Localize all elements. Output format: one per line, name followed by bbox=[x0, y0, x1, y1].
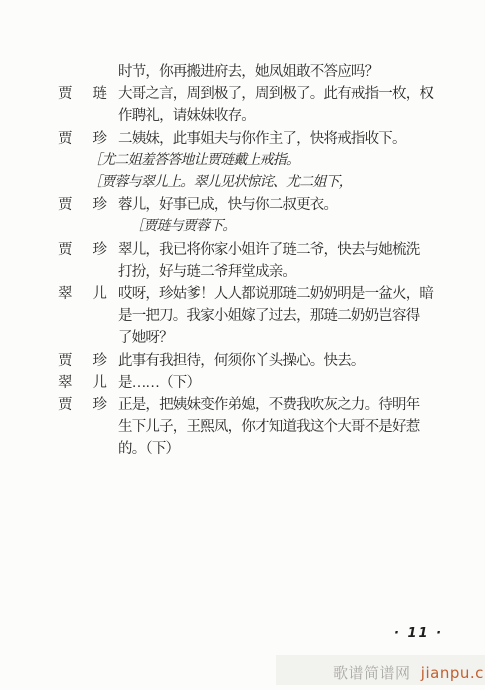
line-text: 哎呀，珍姑爹！人人都说那琏二奶奶明是一盆火，暗 bbox=[118, 284, 433, 304]
line-text: 是一把刀。我家小姐嫁了过去，那琏二奶奶岂容得 bbox=[118, 306, 419, 326]
script-line: 是一把刀。我家小姐嫁了过去，那琏二奶奶岂容得 bbox=[58, 306, 438, 328]
speaker-name: 贾琏 bbox=[58, 84, 107, 104]
script-line: 贾珍此事有我担待，何须你丫头操心。快去。 bbox=[58, 351, 438, 373]
script-line: ［贾琏与贾蓉下。 bbox=[58, 217, 438, 239]
speaker-name: 贾珍 bbox=[58, 129, 107, 149]
watermark: 歌谱简谱网 jianpu.cn bbox=[333, 662, 485, 683]
line-text: 大哥之言，周到极了，周到极了。此有戒指一枚，权 bbox=[118, 84, 433, 104]
page-number: · 11 · bbox=[394, 626, 443, 641]
line-text: 作聘礼，请妹妹收存。 bbox=[118, 106, 255, 126]
script-line: 生下儿子，王熙凤，你才知道我这个大哥不是好惹 bbox=[58, 417, 438, 439]
speaker-name-char: 珍 bbox=[93, 195, 108, 215]
line-text: 是……（下） bbox=[118, 373, 200, 393]
speaker-name-char: 贾 bbox=[58, 395, 73, 415]
speaker-name: 贾珍 bbox=[58, 195, 107, 215]
script-line: 打扮，好与琏二爷拜堂成亲。 bbox=[58, 262, 438, 284]
script-line: 时节，你再搬进府去，她凤姐敢不答应吗？ bbox=[58, 62, 438, 84]
line-text: 蓉儿，好事已成，快与你二叔更衣。 bbox=[118, 195, 337, 215]
script-line: 贾琏大哥之言，周到极了，周到极了。此有戒指一枚，权 bbox=[58, 84, 438, 106]
line-text: 打扮，好与琏二爷拜堂成亲。 bbox=[118, 262, 296, 282]
speaker-name-char: 儿 bbox=[93, 284, 108, 304]
line-text: 正是，把姨妹变作弟媳，不费我吹灰之力。待明年 bbox=[118, 395, 419, 415]
speaker-name: 贾珍 bbox=[58, 351, 107, 371]
script-line: 翠儿哎呀，珍姑爹！人人都说那琏二奶奶明是一盆火，暗 bbox=[58, 284, 438, 306]
line-text: 了她呀？ bbox=[118, 328, 173, 348]
speaker-name-char: 琏 bbox=[93, 84, 108, 104]
script-line: 贾珍正是，把姨妹变作弟媳，不费我吹灰之力。待明年 bbox=[58, 395, 438, 417]
line-text: 时节，你再搬进府去，她凤姐敢不答应吗？ bbox=[118, 62, 378, 82]
script-line: 作聘礼，请妹妹收存。 bbox=[58, 106, 438, 128]
speaker-name: 贾珍 bbox=[58, 240, 107, 260]
speaker-name-char: 贾 bbox=[58, 84, 73, 104]
line-text: ［贾蓉与翠儿上。翠儿见状惊诧、尤二姐下， bbox=[88, 173, 352, 193]
line-text: 此事有我担待，何须你丫头操心。快去。 bbox=[118, 351, 365, 371]
line-text: 翠儿，我已将你家小姐许了琏二爷，快去与她梳洗 bbox=[118, 240, 419, 260]
book-page: 时节，你再搬进府去，她凤姐敢不答应吗？贾琏大哥之言，周到极了，周到极了。此有戒指… bbox=[0, 0, 485, 690]
script-line: 的。（下） bbox=[58, 439, 438, 461]
speaker-name-char: 贾 bbox=[58, 129, 73, 149]
speaker-name-char: 翠 bbox=[58, 284, 73, 304]
line-text: 的。（下） bbox=[118, 439, 179, 459]
speaker-name-char: 翠 bbox=[58, 373, 73, 393]
speaker-name-char: 贾 bbox=[58, 240, 73, 260]
watermark-site-name: 歌谱简谱网 bbox=[333, 664, 411, 682]
script-line: 贾珍蓉儿，好事已成，快与你二叔更衣。 bbox=[58, 195, 438, 217]
line-text: 生下儿子，王熙凤，你才知道我这个大哥不是好惹 bbox=[118, 417, 419, 437]
script-line: ［尤二姐羞答答地让贾琏戴上戒指。 bbox=[58, 151, 438, 173]
speaker-name: 翠儿 bbox=[58, 373, 107, 393]
script-line: ［贾蓉与翠儿上。翠儿见状惊诧、尤二姐下， bbox=[58, 173, 438, 195]
script-line: 贾珍翠儿，我已将你家小姐许了琏二爷，快去与她梳洗 bbox=[58, 240, 438, 262]
line-text: ［贾琏与贾蓉下。 bbox=[130, 217, 236, 237]
speaker-name-char: 珍 bbox=[93, 240, 108, 260]
speaker-name-char: 珍 bbox=[93, 351, 108, 371]
line-text: 二姨妹，此事姐夫与你作主了，快将戒指收下。 bbox=[118, 129, 406, 149]
speaker-name: 翠儿 bbox=[58, 284, 107, 304]
speaker-name-char: 儿 bbox=[93, 373, 108, 393]
speaker-name-char: 珍 bbox=[93, 129, 108, 149]
speaker-name-char: 贾 bbox=[58, 351, 73, 371]
script-line: 贾珍二姨妹，此事姐夫与你作主了，快将戒指收下。 bbox=[58, 129, 438, 151]
watermark-site-url: jianpu.cn bbox=[421, 664, 485, 682]
line-text: ［尤二姐羞答答地让贾琏戴上戒指。 bbox=[88, 151, 299, 171]
speaker-name: 贾珍 bbox=[58, 395, 107, 415]
speaker-name-char: 珍 bbox=[93, 395, 108, 415]
script-line: 了她呀？ bbox=[58, 328, 438, 350]
speaker-name-char: 贾 bbox=[58, 195, 73, 215]
script-line: 翠儿是……（下） bbox=[58, 373, 438, 395]
